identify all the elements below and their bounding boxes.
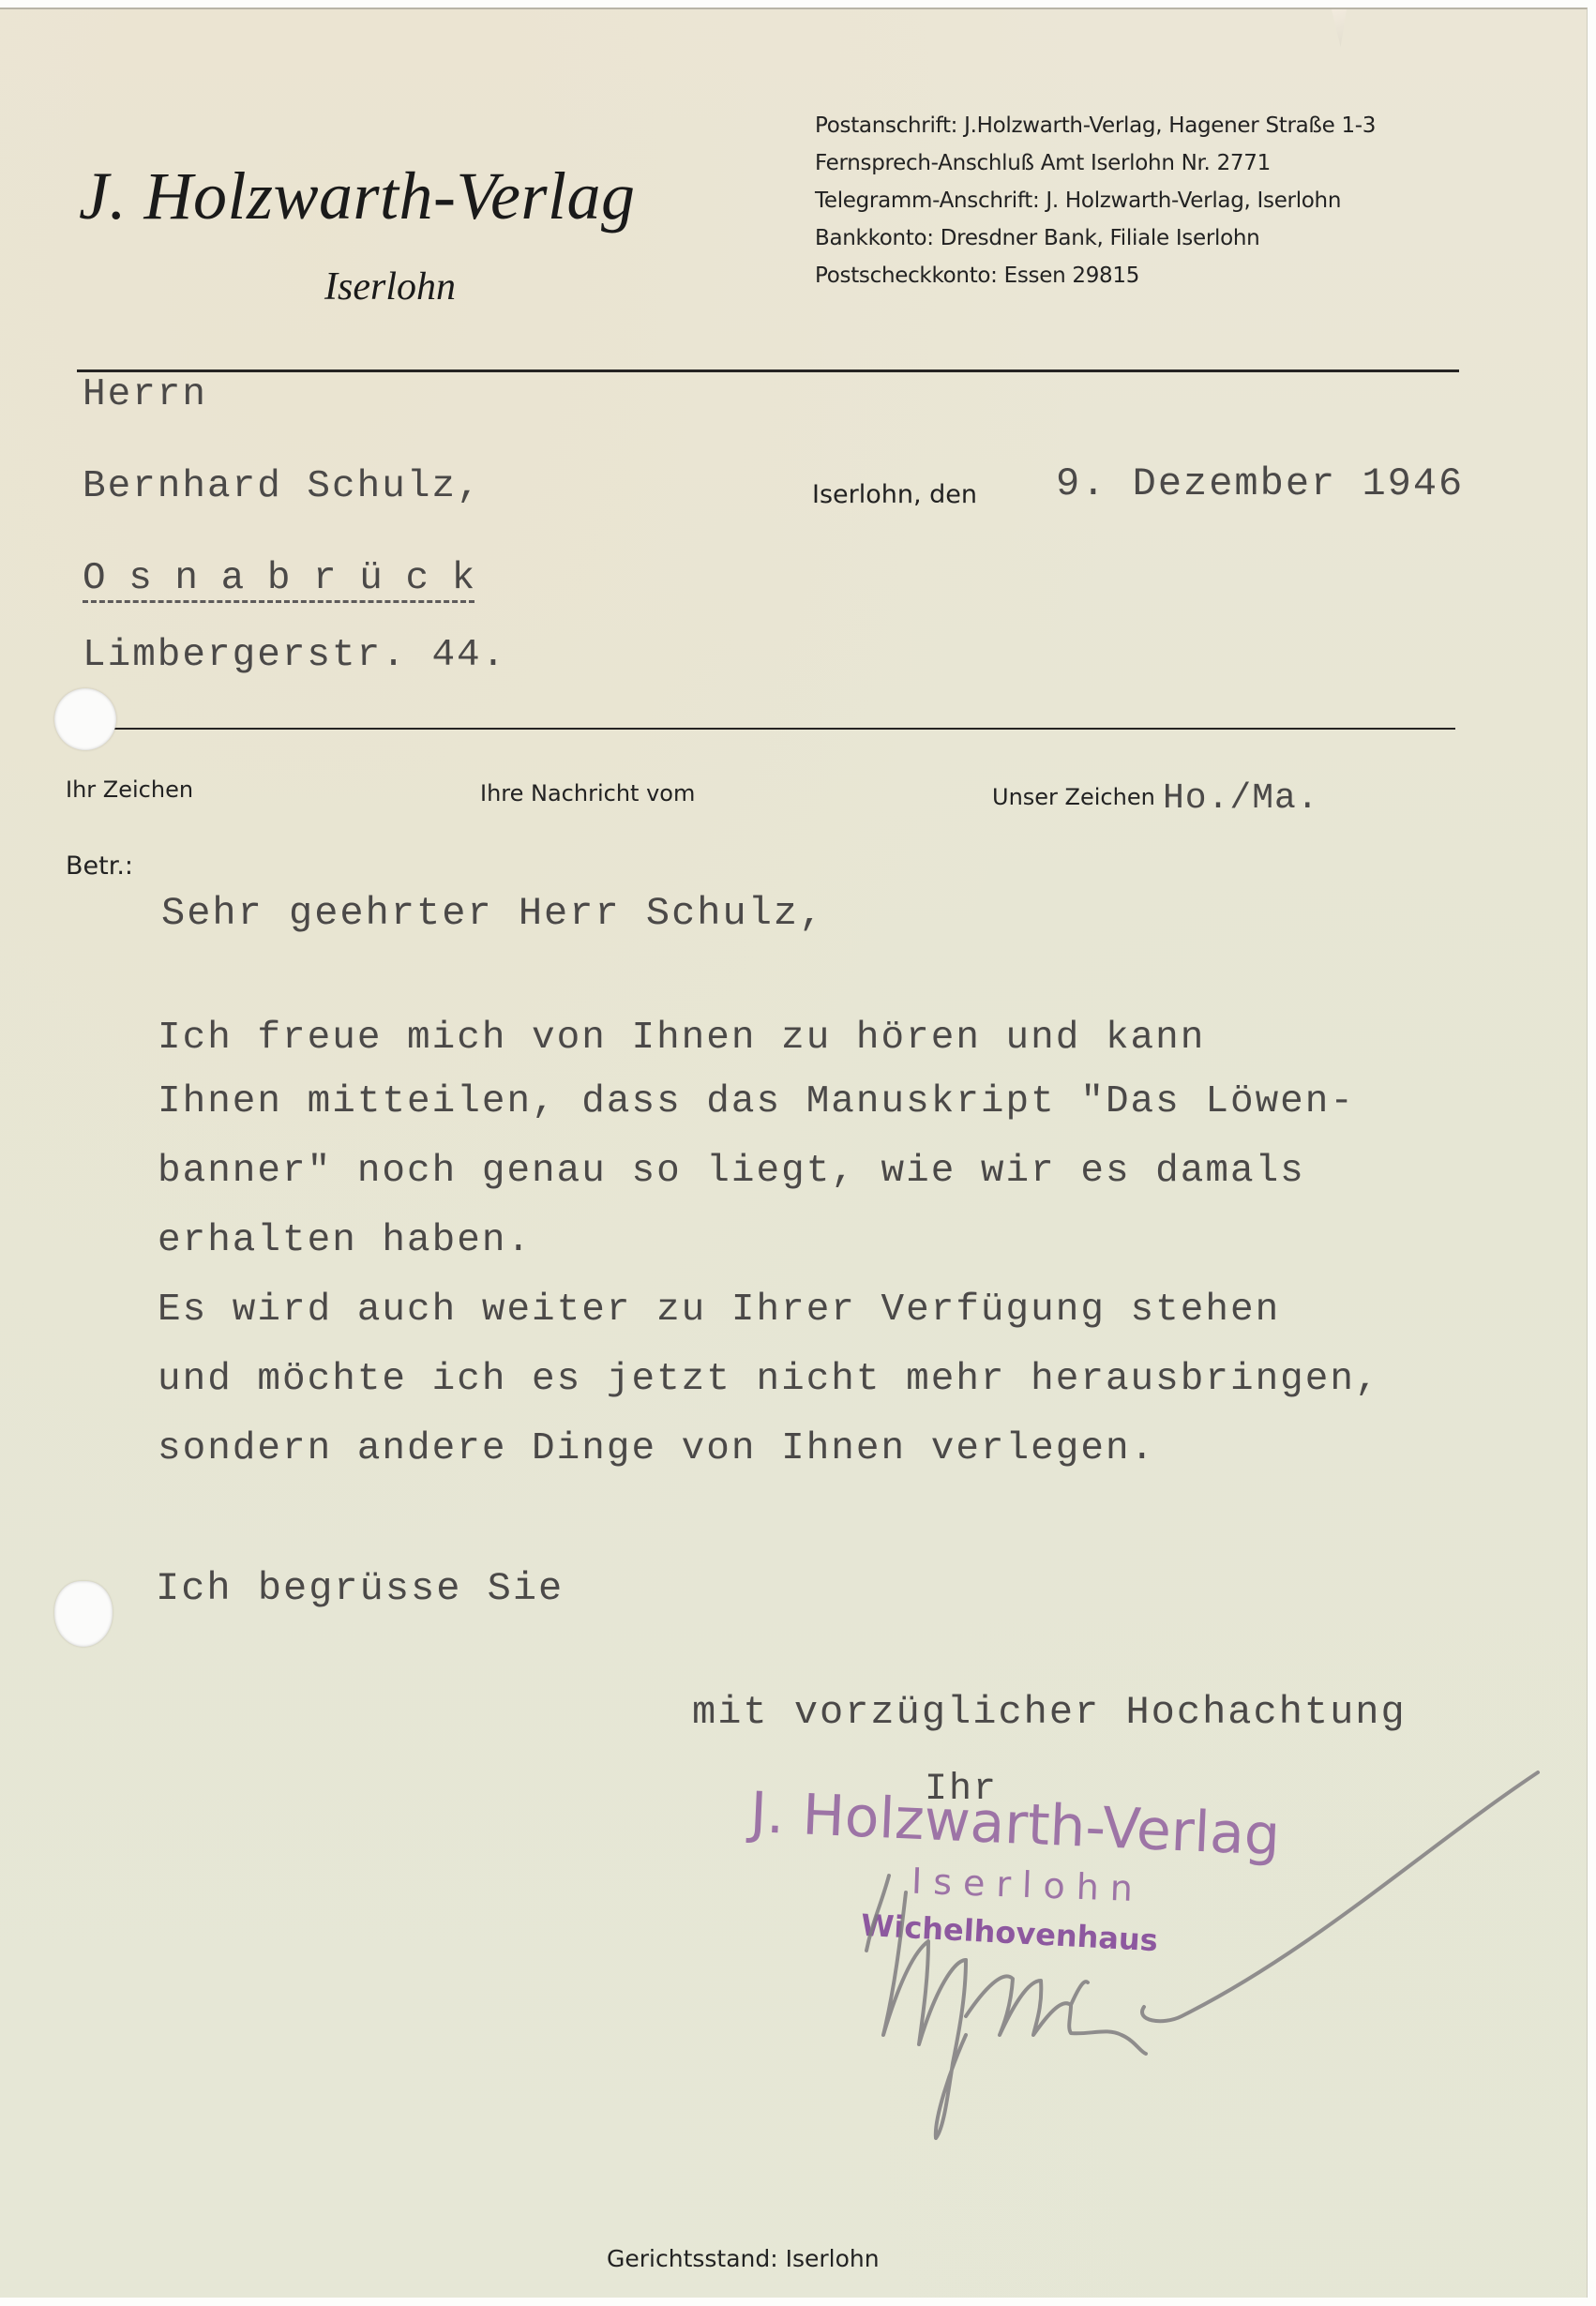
handwritten-signature [825,1735,1557,2148]
address-divider [113,728,1455,730]
closing-line: Ich begrüsse Sie [156,1566,564,1611]
punch-hole-top [54,688,116,750]
letter-page: J. Holzwarth-Verlag Iserlohn Postanschri… [0,8,1588,2298]
punch-hole-bottom [54,1581,113,1647]
recipient-salutation: Herrn [83,373,207,416]
bank-account: Bankkonto: Dresdner Bank, Filiale Iserlo… [815,219,1376,257]
postal-address: Postanschrift: J.Holzwarth-Verlag, Hagen… [815,107,1376,144]
footer-jurisdiction: Gerichtsstand: Iserlohn [607,2245,880,2272]
unser-zeichen-label: Unser Zeichen [992,784,1155,810]
ihr-zeichen-label: Ihr Zeichen [66,776,193,803]
unser-zeichen-value: Ho./Ma. [1163,778,1319,819]
body-line: Es wird auch weiter zu Ihrer Verfügung s… [158,1275,1380,1345]
recipient-name: Bernhard Schulz, [83,465,482,508]
betreff-label: Betr.: [66,852,133,881]
letter-greeting: Sehr geehrter Herr Schulz, [161,891,824,936]
recipient-city: O s n a b r ü c k [83,557,474,600]
body-line: banner" noch genau so liegt, wie wir es … [158,1137,1380,1206]
dateline-label: Iserlohn, den [812,480,977,509]
complimentary-close: mit vorzüglicher Hochachtung [692,1690,1407,1735]
letter-date: 9. Dezember 1946 [1056,461,1464,506]
body-line: Ihnen mitteilen, dass das Manuskript "Da… [158,1067,1380,1137]
company-city: Iserlohn [324,264,456,309]
letter-body: Ich freue mich von Ihnen zu hören und ka… [158,1003,1380,1484]
letterhead-contact-block: Postanschrift: J.Holzwarth-Verlag, Hagen… [815,107,1376,294]
body-line: Ich freue mich von Ihnen zu hören und ka… [158,1003,1380,1073]
company-name: J. Holzwarth-Verlag [79,158,635,235]
telegram-address: Telegramm-Anschrift: J. Holzwarth-Verlag… [815,182,1376,219]
body-line: und möchte ich es jetzt nicht mehr herau… [158,1345,1380,1414]
ihre-nachricht-label: Ihre Nachricht vom [480,780,695,806]
postal-check-account: Postscheckkonto: Essen 29815 [815,257,1376,294]
body-line: sondern andere Dinge von Ihnen verlegen. [158,1414,1380,1484]
recipient-street: Limbergerstr. 44. [83,634,506,677]
body-line: erhalten haben. [158,1206,1380,1275]
phone-line: Fernsprech-Anschluß Amt Iserlohn Nr. 277… [815,144,1376,182]
recipient-city-underlined: O s n a b r ü c k [83,557,474,603]
header-divider [77,369,1459,372]
